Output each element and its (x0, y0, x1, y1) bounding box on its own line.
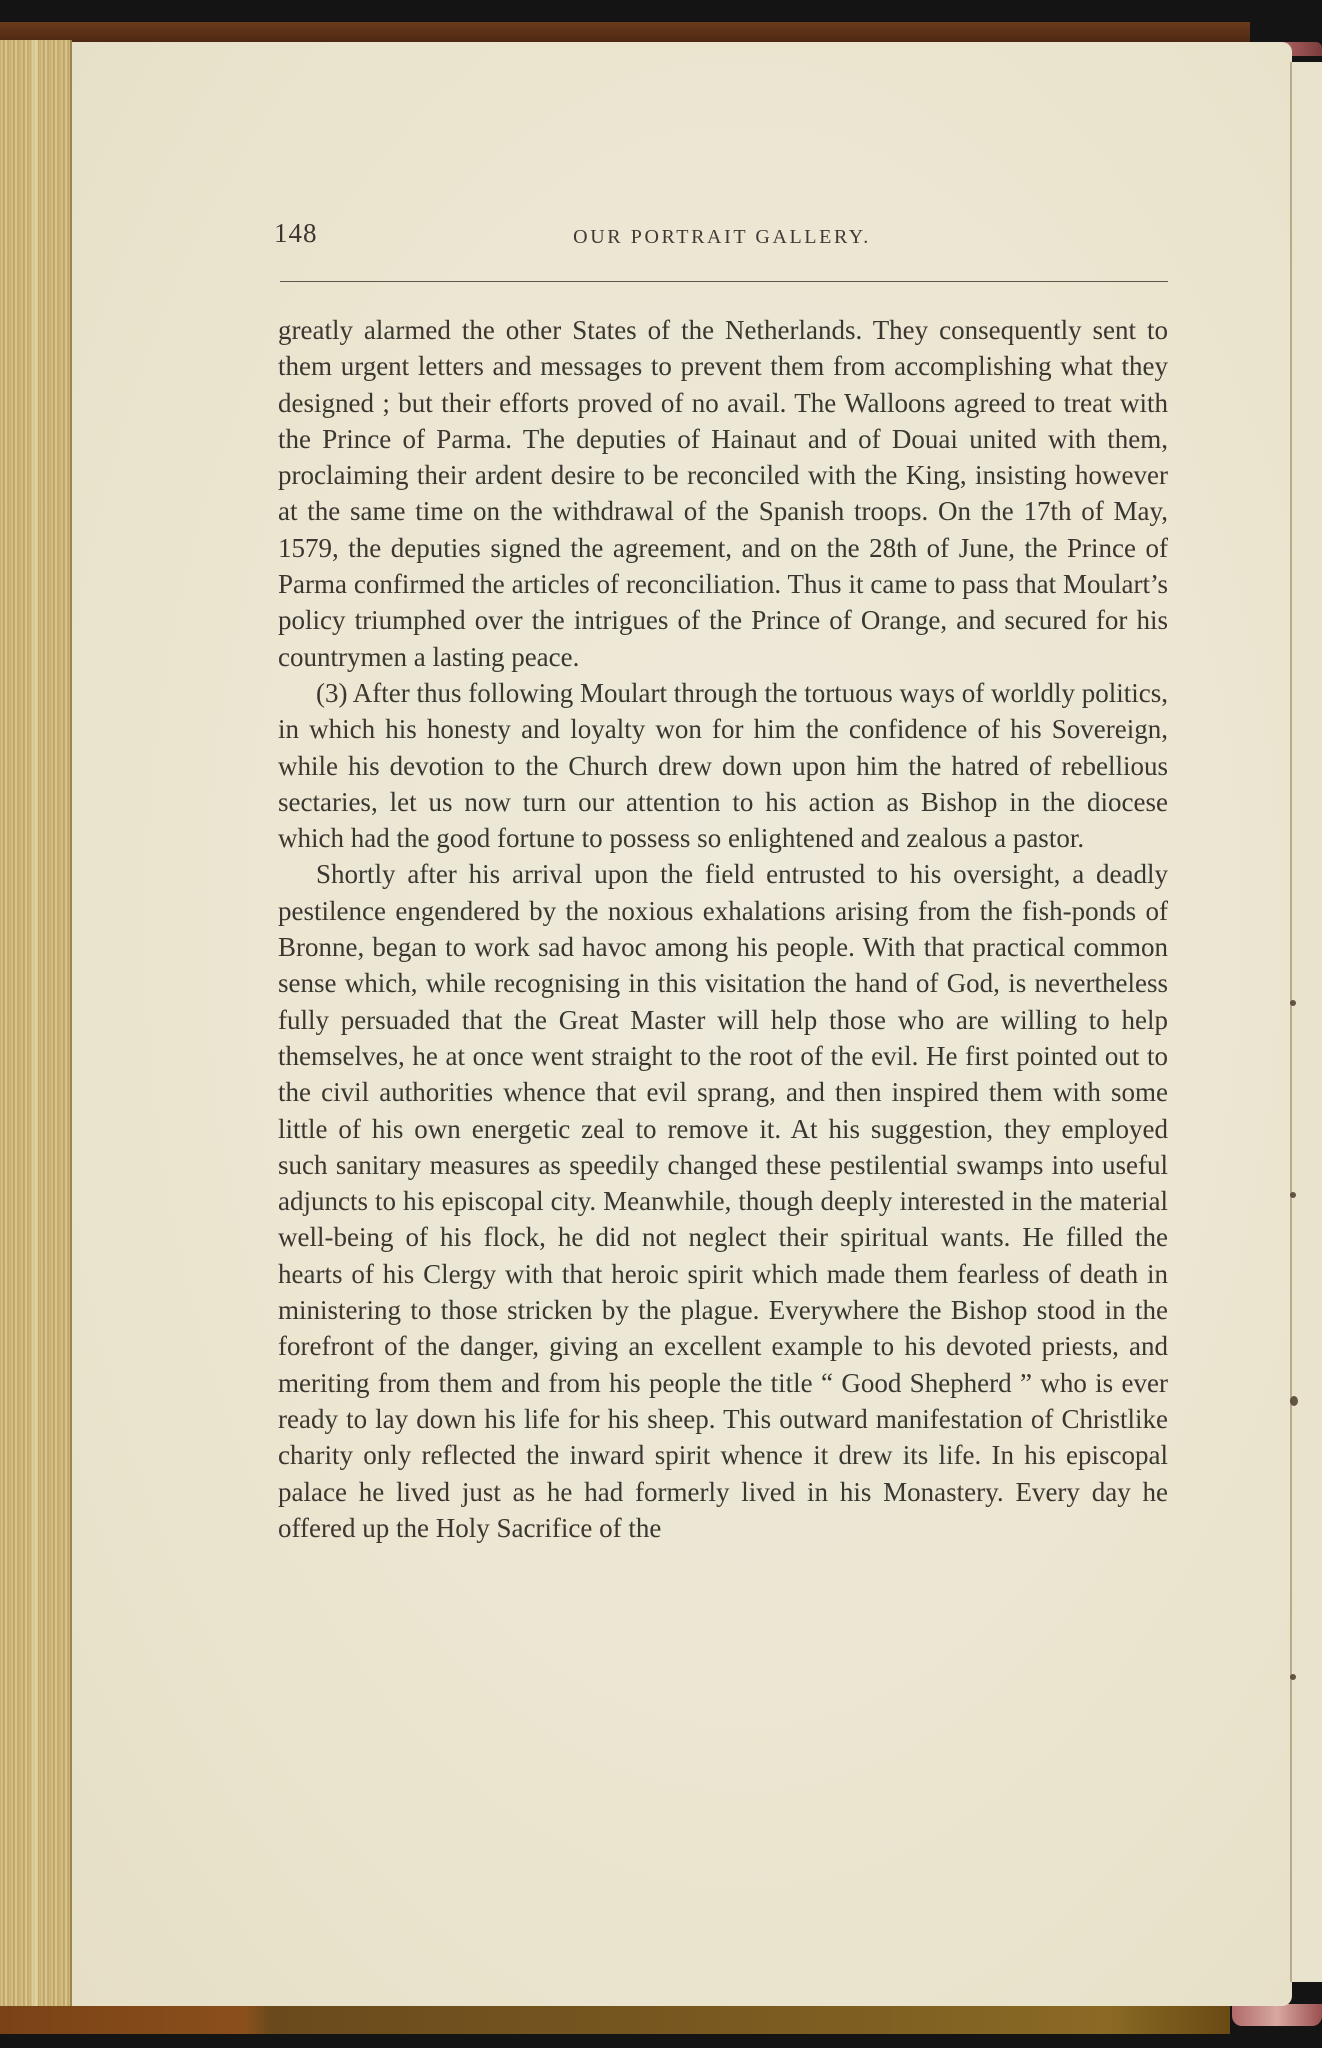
page-edge-stack (0, 40, 72, 2006)
ink-speck (1290, 1674, 1296, 1680)
tailband (1232, 2004, 1322, 2026)
ink-speck (1290, 1000, 1296, 1006)
paragraph: greatly alarmed the other States of the … (278, 312, 1168, 675)
book-binding-bottom (0, 2004, 1230, 2034)
running-head: 148 OUR PORTRAIT GALLERY. (274, 218, 1170, 258)
body-text: greatly alarmed the other States of the … (278, 312, 1168, 1546)
header-rule (280, 281, 1168, 282)
book-binding-top (0, 22, 1250, 44)
ink-speck (1290, 1192, 1296, 1198)
paragraph: (3) After thus following Moulart through… (278, 675, 1168, 856)
running-title: OUR PORTRAIT GALLERY. (274, 226, 1170, 249)
ink-speck (1290, 1396, 1298, 1406)
next-page-edge (1290, 62, 1322, 1982)
paragraph: Shortly after his arrival upon the field… (278, 856, 1168, 1546)
